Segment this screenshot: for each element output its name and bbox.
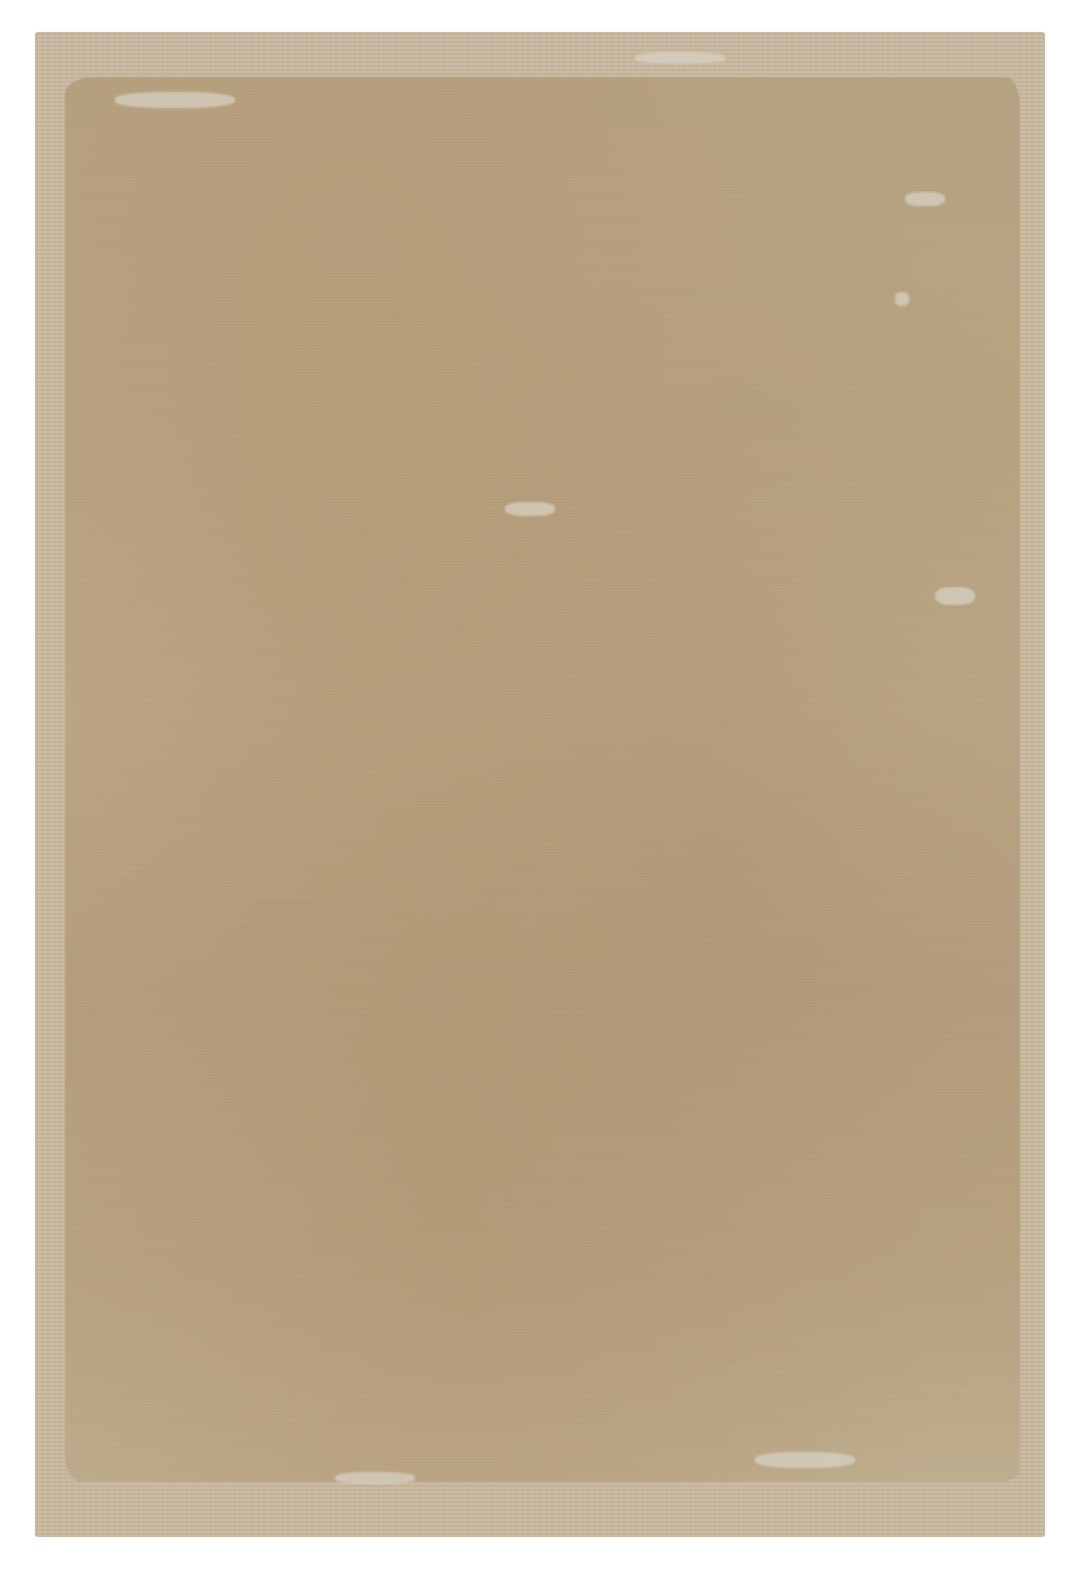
rug-field [65,77,1020,1482]
rug-worn-spot [755,1452,855,1468]
rug-worn-spot [895,292,909,306]
rug-worn-spot [505,502,555,516]
rug-worn-spot [635,52,725,64]
rug-worn-spot [905,192,945,206]
rug-photo [35,32,1045,1537]
rug-worn-spot [335,1472,415,1484]
rug-worn-spot [115,92,235,108]
rug-worn-spot [935,587,975,605]
